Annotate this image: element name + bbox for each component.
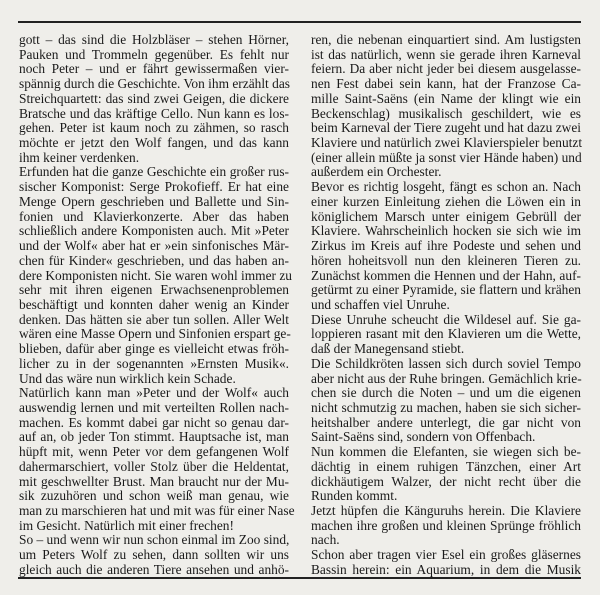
text-line: Zirkus im Kreis auf ihre Podeste und seh… (311, 239, 581, 254)
text-line: Und das wäre nun wirklich kein Schade. (19, 372, 289, 387)
text-line: ren, die nebenan einquartiert sind. Am l… (311, 33, 581, 48)
text-line: gehen. Peter ist kaum noch zu zähmen, so… (19, 121, 289, 136)
text-line: nen Fest dabei sein kann, hat der Franzo… (311, 77, 581, 92)
text-line: hören hoheitsvoll nun den kleineren Tier… (311, 254, 581, 269)
text-line: loppieren rasant mit den Klavieren um di… (311, 327, 581, 342)
left-column: gott – das sind die Holzbläser – stehen … (19, 33, 289, 578)
text-line: Bassin herein: ein Aquarium, in dem die … (311, 563, 581, 578)
text-line: noch Peter – und er fährt gewissermaßen … (19, 62, 289, 77)
text-line: So – und wenn wir nun schon einmal im Zo… (19, 533, 289, 548)
text-line: Beckenschlag) musikalisch geschildert, w… (311, 107, 581, 122)
text-line: möchte er jetzt den Wolf fangen, und das… (19, 136, 289, 151)
text-line: nach. (311, 533, 581, 548)
text-line: ist das natürlich, wenn sie gerade ihren… (311, 48, 581, 63)
text-line: ihm keiner verdenken. (19, 151, 289, 166)
text-line: beim Karneval der Tiere zugeht und hat d… (311, 121, 581, 136)
text-line: nicht schmutzig zu machen, haben sie sic… (311, 401, 581, 416)
text-line: heitshalber andere unterlegt, die gar ni… (311, 416, 581, 431)
text-line: sehr mit ihren eigenen Erwachsenenproble… (19, 283, 289, 298)
text-line: auswendig lernen und mit verteilten Roll… (19, 401, 289, 416)
text-line: Streichquartett: das sind zwei Geigen, d… (19, 92, 289, 107)
text-line: Saint-Saëns sind, sondern von Offenbach. (311, 430, 581, 445)
text-line: chen sie durch die Noten – und um die ei… (311, 386, 581, 401)
text-line: dere Komponisten nicht. Sie waren wohl i… (19, 269, 289, 284)
bottom-rule (18, 577, 581, 579)
text-line: aber nicht aus der Ruhe bringen. Gemächl… (311, 372, 581, 387)
text-line: schließlich andere Komponisten auch. Mit… (19, 224, 289, 239)
text-line: blieben, dafür aber ginge es vielleicht … (19, 342, 289, 357)
text-line: Jetzt hüpfen die Känguruhs herein. Die K… (311, 504, 581, 519)
text-line: (einer allein müßte ja sonst vier Hände … (311, 151, 581, 166)
text-line: außerdem ein Orchester. (311, 165, 581, 180)
text-line: hüpft mit, wenn Peter vor dem gefangenen… (19, 445, 289, 460)
text-line: Natürlich kann man »Peter und der Wolf« … (19, 386, 289, 401)
text-line: machen. Es kommt dabei gar nicht so gena… (19, 416, 289, 431)
text-line: Nun kommen die Elefanten, sie wiegen sic… (311, 445, 581, 460)
text-line: Erfunden hat die ganze Geschichte ein gr… (19, 165, 289, 180)
text-line: mille Saint-Saëns (ein Name der klingt w… (311, 92, 581, 107)
text-line: auf an, ob jeder Ton stimmt. Hauptsache … (19, 430, 289, 445)
text-line: Menge Opern geschrieben und Ballette und… (19, 195, 289, 210)
text-line: und schaffen viel Unruhe. (311, 298, 581, 313)
text-line: beschäftigt und konnten daher wenig an K… (19, 298, 289, 313)
text-line: dahermarschiert, voller Stolz über die H… (19, 460, 289, 475)
top-rule (18, 21, 581, 23)
text-line: daß der Manegensand stiebt. (311, 342, 581, 357)
text-line: gleich auch die anderen Tiere ansehen un… (19, 563, 289, 578)
text-line: Bevor es richtig losgeht, fängt es schon… (311, 180, 581, 195)
text-line: machen ihre großen und kleinen Sprünge f… (311, 519, 581, 534)
text-line: licher zu in der sogenannten »Ernsten Mu… (19, 357, 289, 372)
text-line: man zu marschieren hat und mit was für e… (19, 504, 289, 519)
text-line: feiern. Da aber nicht jeder bei diesem a… (311, 62, 581, 77)
text-line: sik zuzuhören und schon weiß man genau, … (19, 489, 289, 504)
text-line: Schon aber tragen vier Esel ein großes g… (311, 548, 581, 563)
text-line: getürmt zu einer Pyramide, sie flattern … (311, 283, 581, 298)
text-line: denken. Das hätten sie aber tun sollen. … (19, 313, 289, 328)
text-line: einer kurzen Einleitung ziehen die Löwen… (311, 195, 581, 210)
text-line: wären eine Masse Opern und Sinfonien ers… (19, 327, 289, 342)
text-line: mit geschwellter Brust. Man braucht nur … (19, 475, 289, 490)
text-line: königlichem Marsch unter einigem Gebrüll… (311, 210, 581, 225)
text-line: fonien und Klavierkonzerte. Aber das hab… (19, 210, 289, 225)
text-line: Runden kommt. (311, 489, 581, 504)
right-column: ren, die nebenan einquartiert sind. Am l… (311, 33, 581, 578)
text-line: chen für Kinder« geschrieben, und das ha… (19, 254, 289, 269)
text-line: und der Wolf« aber hat er »ein sinfonisc… (19, 239, 289, 254)
text-line: gott – das sind die Holzbläser – stehen … (19, 33, 289, 48)
text-line: Die Schildkröten lassen sich durch sovie… (311, 357, 581, 372)
text-line: Zunächst kommen die Hennen und der Hahn,… (311, 269, 581, 284)
text-line: spännig durch die Geschichte. Von ihm er… (19, 77, 289, 92)
text-line: Klaviere und natürlich zwei Klavierspiel… (311, 136, 581, 151)
text-line: Bratsche und das kräftige Cello. Nun kan… (19, 107, 289, 122)
text-line: dächtig in einem ruhigen Tänzchen, einer… (311, 460, 581, 475)
text-line: dickhäutigem Walzer, der nicht recht übe… (311, 475, 581, 490)
text-line: im Gesicht. Natürlich mit einer frechen! (19, 519, 289, 534)
text-line: Diese Unruhe scheucht die Wildesel auf. … (311, 313, 581, 328)
text-line: um Peters Wolf zu sehen, dann sollten wi… (19, 548, 289, 563)
text-line: Pauken und Trommeln gegenüber. Es fehlt … (19, 48, 289, 63)
text-line: Klaviere. Wahrscheinlich hocken sie sich… (311, 224, 581, 239)
text-line: sischer Komponist: Serge Prokofieff. Er … (19, 180, 289, 195)
